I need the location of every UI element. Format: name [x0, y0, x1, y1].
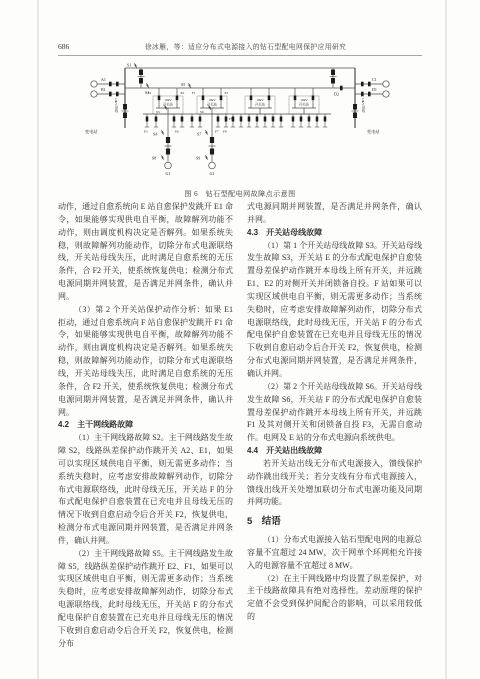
- running-title: 徐冰雁，等：适应分布式电源接入的钻石型配电网保护应用研究: [69, 41, 422, 51]
- right-bus-transformer: [352, 104, 359, 118]
- label-e5: E5: [144, 130, 148, 134]
- left-tie-transformer: [138, 70, 145, 84]
- label-station-f-l2: 开关站: [207, 102, 218, 107]
- body-paragraph: （2）第 2 个开关站母线故障 S6。开关站母线发生故障 S6，开关站 F 的分…: [247, 381, 422, 445]
- label-bus-left: 10kV母线: [114, 98, 118, 113]
- label-s1: S1: [127, 63, 131, 68]
- body-paragraph: 式电源同期并网装置，是否满足并网条件，确认并网。: [247, 201, 422, 227]
- page-header: 686 徐冰雁，等：适应分布式电源接入的钻石型配电网保护应用研究: [58, 41, 422, 51]
- label-e6: E6: [175, 130, 179, 134]
- label-s3: S3: [156, 110, 160, 114]
- label-d1: D1: [372, 87, 377, 92]
- scan-edge-right: [445, 0, 447, 679]
- label-e2: E2: [181, 91, 185, 95]
- label-station-4-l2: 开关站: [299, 102, 310, 107]
- body-paragraph: （1）第 1 个开关站母线故障 S3。开关站母线发生故障 S3，开关站 E 的分…: [247, 240, 422, 381]
- label-station-4-l1: 10kV: [300, 98, 308, 102]
- body-paragraph: 动作，通过自愈系统向 E 站自愈保护发跳开 E1 命令，如果能够实现供电自平衡，…: [58, 201, 233, 304]
- label-s4: S4: [153, 132, 157, 137]
- label-s5: S5: [181, 82, 185, 87]
- label-f5: F5: [229, 117, 233, 121]
- heading-4-2: 4.2 主干网线路故障: [58, 419, 233, 432]
- header-rule: [58, 55, 422, 56]
- label-f8: F8: [223, 130, 227, 134]
- label-d2: D2: [334, 92, 339, 97]
- label-station-e-l2: 开关站: [163, 102, 174, 107]
- feeder-stubs: [145, 114, 327, 127]
- body-paragraph: 若开关站出线无分布式电源接入，馈线保护动作跳出线开关；若分支线有分布式电源接入，…: [247, 458, 422, 509]
- left-bus-transformer: [122, 104, 129, 118]
- heading-5-conclusion: 5 结语: [247, 516, 422, 529]
- label-station-e-l1: 10kV: [164, 98, 172, 102]
- article-body: 动作，通过自愈系统向 E 站自愈保护发跳开 E1 命令，如果能够实现供电自平衡，…: [58, 201, 422, 651]
- label-station-3-l1: 10kV: [256, 98, 264, 102]
- figure-6: A1 B1 C1 D1 D2 S1 S2 S3 S4 S5 S6 S7 S8 S…: [58, 60, 422, 199]
- label-f1: F1: [192, 91, 196, 95]
- label-s6: S6: [200, 110, 204, 114]
- body-paragraph: （2）在主干网线路中均设置了纵差保护，对主干线路故障具有绝对选择性。差动原理的保…: [247, 573, 422, 624]
- body-paragraph: （1）主干网线路故障 S2。主干网线路发生故障 S2，线路纵差保护动作跳开关 A…: [58, 432, 233, 548]
- label-f7: F7: [215, 130, 219, 134]
- body-paragraph: （3）第 2 个开关站保护动作分析：如果 E1 拒动，通过自愈系统向 F 站自愈…: [58, 304, 233, 420]
- body-paragraph: （1）分布式电源接入钻石型配电网的电源总容量不宜超过 24 MW，次干网单个环网…: [247, 534, 422, 573]
- body-paragraph: （2）主干网线路故障 S5。主干网线路发生故障 S5，线路纵差保护动作跳开 E2…: [58, 548, 233, 651]
- label-substation-right: 变电站: [367, 128, 380, 135]
- scan-edge-left: [37, 0, 39, 679]
- heading-4-4: 4.4 开关站出线故障: [247, 445, 422, 458]
- label-g1: G1: [166, 171, 171, 176]
- page-number: 686: [58, 42, 69, 51]
- label-bus-right: 10kV母线: [361, 98, 365, 113]
- figure-caption: 图 6 钻石型配电网故障点示意图: [58, 189, 422, 199]
- label-b1: B1: [101, 87, 106, 92]
- right-column: 式电源同期并网装置，是否满足并网条件，确认并网。 4.3 开关站母线故障 （1）…: [247, 201, 422, 651]
- label-g2: G2: [210, 171, 215, 176]
- diamond-grid-diagram: A1 B1 C1 D1 D2 S1 S2 S3 S4 S5 S6 S7 S8 S…: [85, 60, 395, 188]
- label-station-3-l2: 开关站: [255, 102, 266, 107]
- left-column: 动作，通过自愈系统向 E 站自愈保护发跳开 E1 命令，如果能够实现供电自平衡，…: [58, 201, 233, 651]
- label-station-f-l1: 10kV: [208, 98, 216, 102]
- label-substation-left: 变电站: [85, 128, 98, 135]
- label-f2: F2: [225, 91, 229, 95]
- label-c1: C1: [372, 77, 377, 82]
- right-tie-transformer: [330, 70, 337, 84]
- label-s7: S7: [197, 132, 201, 137]
- label-a1: A1: [101, 77, 106, 82]
- label-e1: E1: [148, 91, 152, 95]
- label-s9: S9: [196, 156, 200, 161]
- heading-4-3: 4.3 开关站母线故障: [247, 227, 422, 240]
- label-s8: S8: [152, 156, 156, 161]
